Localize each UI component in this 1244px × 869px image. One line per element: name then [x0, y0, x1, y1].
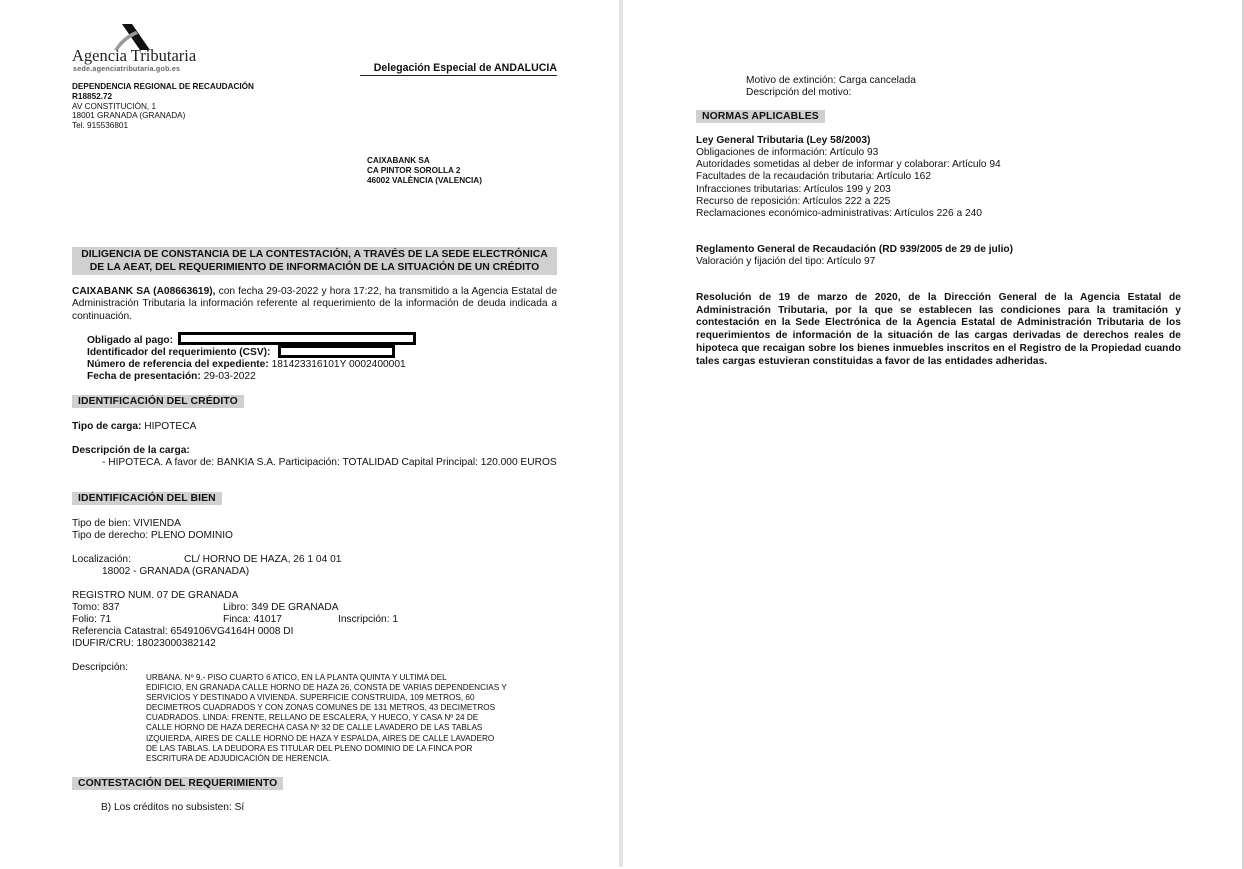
redacted-csv [278, 345, 395, 358]
finca: Finca: 41017 [223, 614, 282, 626]
inscripcion: Inscripción: 1 [338, 614, 398, 626]
expediente-row: Número de referencia del expediente: 181… [87, 359, 406, 371]
desc-carga-label: Descripción de la carga: [72, 445, 190, 457]
document-page-1: Agencia Tributaria sede.agenciatributari… [0, 0, 619, 869]
csv-label: Identificador del requerimiento (CSV): [87, 347, 270, 358]
fecha-value: 29-03-2022 [201, 371, 256, 382]
descripcion-line: CALLE HORNO DE HAZA DERECHA CASA Nº 32 D… [146, 723, 546, 733]
lgt-list: Obligaciones de información: Artículo 93… [696, 147, 1001, 220]
norma-item: Recurso de reposición: Artículos 222 a 2… [696, 196, 1001, 208]
idufir: IDUFIR/CRU: 18023000382142 [72, 638, 216, 650]
obligado-row: Obligado al pago: [87, 335, 173, 347]
descripcion-line: SERVICIOS Y DESTINADO A VIVIENDA. SUPERF… [146, 693, 546, 703]
section-heading-normas: NORMAS APLICABLES [696, 110, 825, 123]
tipo-derecho: Tipo de derecho: PLENO DOMINIO [72, 530, 233, 542]
recipient-address1: CA PINTOR SOROLLA 2 [367, 166, 460, 176]
expediente-label: Número de referencia del expediente: [87, 359, 269, 370]
document-page-2: Motivo de extinción: Carga cancelada Des… [623, 0, 1242, 869]
descripcion-line: DECIMETROS CUADRADOS Y CON ZONAS COMUNES… [146, 703, 546, 713]
intro-entity: CAIXABANK SA (A08663619), [72, 286, 215, 297]
descripcion-line: ESCRITURA DE ADJUDICACIÓN DE HERENCIA. [146, 754, 546, 764]
logo-name: Agencia Tributaria [72, 47, 196, 65]
contestacion-answer: B) Los créditos no subsisten: Sí [101, 802, 244, 814]
csv-row: Identificador del requerimiento (CSV): [87, 347, 270, 359]
fecha-label: Fecha de presentación: [87, 371, 201, 382]
section-heading-credito: IDENTIFICACIÓN DEL CRÉDITO [72, 395, 244, 408]
intro-paragraph: CAIXABANK SA (A08663619), con fecha 29-0… [72, 286, 557, 323]
sender-address2: 18001 GRANADA (GRANADA) [72, 111, 185, 121]
tomo: Tomo: 837 [72, 602, 120, 614]
recipient-address2: 46002 VALÈNCIA (VALENCIA) [367, 176, 482, 186]
motivo-extincion: Motivo de extinción: Carga cancelada [746, 75, 916, 87]
norma-item: Reclamaciones económico-administrativas:… [696, 208, 1001, 220]
norma-item: Infracciones tributarias: Artículos 199 … [696, 184, 1001, 196]
tipo-carga-row: Tipo de carga: HIPOTECA [72, 421, 196, 433]
redacted-obligado [178, 332, 416, 345]
sender-phone: Tel. 915536801 [72, 121, 128, 131]
norma-item: Facultades de la recaudación tributaria:… [696, 171, 1001, 183]
resolucion-paragraph: Resolución de 19 de marzo de 2020, de la… [696, 292, 1181, 368]
registro: REGISTRO NUM. 07 DE GRANADA [72, 590, 238, 602]
descripcion-line: IZQUIERDA, AIRES DE CALLE HORNO DE HAZA … [146, 734, 546, 744]
descripcion-label: Descripción: [72, 662, 128, 674]
norma-item: Valoración y fijación del tipo: Artículo… [696, 256, 875, 268]
lgt-title: Ley General Tributaria (Ley 58/2003) [696, 135, 870, 147]
obligado-label: Obligado al pago: [87, 335, 173, 346]
localizacion-value: CL/ HORNO DE HAZA, 26 1 04 01 [184, 554, 341, 566]
localizacion-label: Localización: [72, 554, 131, 566]
tipo-carga-label: Tipo de carga: [72, 421, 141, 432]
document-title-line2: DE LA AEAT, DEL REQUERIMIENTO DE INFORMA… [72, 261, 557, 274]
descripcion-text: URBANA. Nº 9.- PISO CUARTO 6 ATICO, EN L… [146, 673, 546, 764]
sender-dependencia: DEPENDENCIA REGIONAL DE RECAUDACIÓN [72, 82, 254, 92]
delegacion-title: Delegación Especial de ANDALUCIA [374, 62, 557, 74]
rgr-list: Valoración y fijación del tipo: Artículo… [696, 256, 875, 268]
descripcion-line: DE LAS TABLAS. LA DEUDORA ES TITULAR DEL… [146, 744, 546, 754]
section-heading-contestacion: CONTESTACIÓN DEL REQUERIMIENTO [72, 777, 283, 790]
referencia-catastral: Referencia Catastral: 6549106VG4164H 000… [72, 626, 293, 638]
folio: Folio: 71 [72, 614, 111, 626]
header-rule [360, 75, 557, 76]
recipient-name: CAIXABANK SA [367, 156, 430, 166]
descripcion-line: EDIFICIO, EN GRANADA CALLE HORNO DE HAZA… [146, 683, 546, 693]
sender-code: R18852.72 [72, 92, 112, 102]
logo-url: sede.agenciatributaria.gob.es [73, 65, 180, 73]
norma-item: Autoridades sometidas al deber de inform… [696, 159, 1001, 171]
fecha-row: Fecha de presentación: 29-03-2022 [87, 371, 256, 383]
section-heading-bien: IDENTIFICACIÓN DEL BIEN [72, 492, 222, 505]
desc-carga-value: - HIPOTECA. A favor de: BANKIA S.A. Part… [102, 457, 557, 469]
libro: Libro: 349 DE GRANADA [223, 602, 339, 614]
expediente-value: 181423316101Y 0002400001 [269, 359, 406, 370]
document-title-box: DILIGENCIA DE CONSTANCIA DE LA CONTESTAC… [72, 247, 557, 275]
descripcion-line: URBANA. Nº 9.- PISO CUARTO 6 ATICO, EN L… [146, 673, 546, 683]
tipo-bien: Tipo de bien: VIVIENDA [72, 518, 181, 530]
norma-item: Obligaciones de información: Artículo 93 [696, 147, 1001, 159]
rgr-title: Reglamento General de Recaudación (RD 93… [696, 244, 1013, 256]
localizacion-city: 18002 - GRANADA (GRANADA) [102, 566, 249, 578]
tipo-carga-value: HIPOTECA [141, 421, 196, 432]
motivo-descripcion: Descripción del motivo: [746, 87, 851, 99]
document-title-line1: DILIGENCIA DE CONSTANCIA DE LA CONTESTAC… [72, 247, 557, 261]
descripcion-line: CUADRADOS. LINDA: FRENTE, RELLANO DE ESC… [146, 713, 546, 723]
